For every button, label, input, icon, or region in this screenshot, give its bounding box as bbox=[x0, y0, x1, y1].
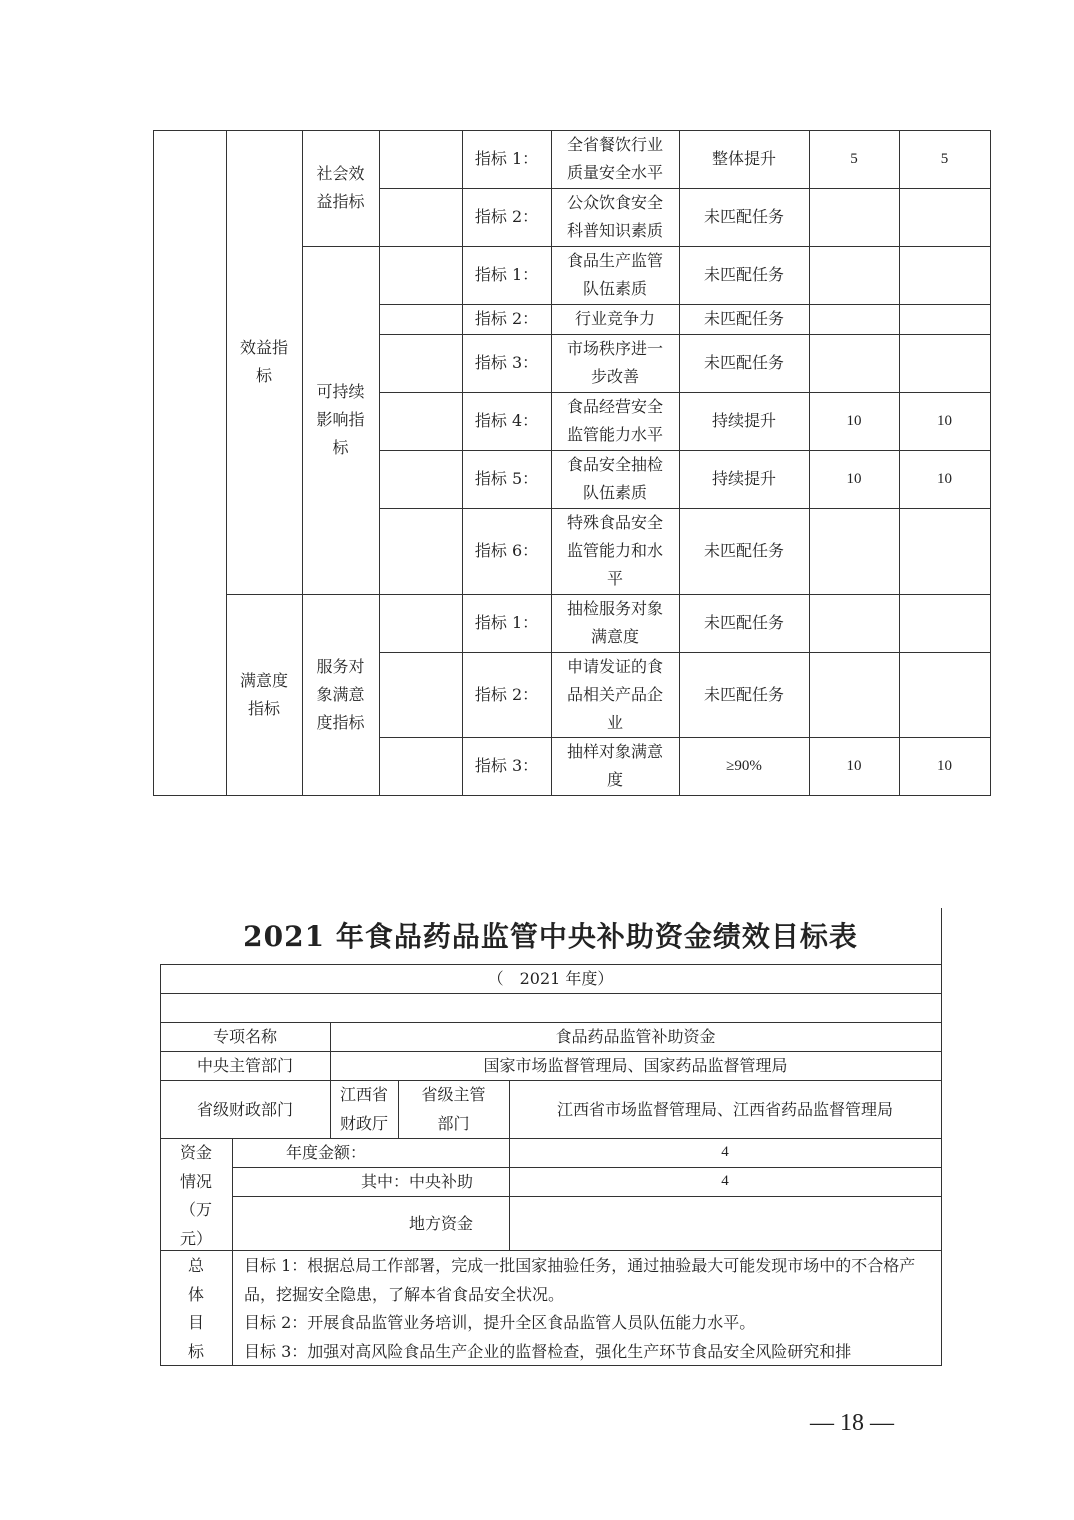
text-line: 食品经营安全 bbox=[567, 393, 663, 421]
indicator-number: 指标 2： bbox=[462, 304, 551, 334]
indicator-number: 指标 1： bbox=[462, 246, 551, 304]
text-line: （万 bbox=[160, 1196, 232, 1225]
text-line: 抽样对象满意 bbox=[567, 738, 663, 766]
indicator-number: 指标 5： bbox=[462, 450, 551, 508]
text-line: 指标 2： bbox=[475, 305, 538, 333]
text-line: 科普知识素质 bbox=[567, 217, 663, 245]
indicator-weight bbox=[809, 246, 899, 304]
text-line: 指标 5： bbox=[475, 465, 538, 493]
indicator-name: 食品安全抽检队伍素质 bbox=[551, 450, 679, 508]
level1-category: 效益指标 bbox=[226, 130, 302, 594]
project-name-value: 食品药品监管补助资金 bbox=[330, 1022, 941, 1051]
text-line: 行业竞争力 bbox=[575, 305, 655, 333]
text-line: 指标 1： bbox=[475, 145, 538, 173]
indicator-score bbox=[899, 652, 990, 737]
funds-label: 资金 情况 （万 元） bbox=[160, 1139, 232, 1253]
text-line: 质量安全水平 bbox=[567, 159, 663, 187]
text-line: 标 bbox=[160, 1338, 232, 1367]
text-line: 指标 bbox=[248, 695, 280, 723]
level2-category: 社会效益指标 bbox=[302, 130, 379, 246]
column-border bbox=[379, 130, 380, 796]
level1-category: 满意度指标 bbox=[226, 594, 302, 795]
indicator-score: 10 bbox=[899, 392, 990, 450]
text-line: 度指标 bbox=[316, 709, 364, 737]
indicator-weight: 5 bbox=[809, 130, 899, 188]
provincial-finance-value: 江西省 财政厅 bbox=[330, 1080, 398, 1138]
text-line: 市场秩序进一 bbox=[567, 335, 663, 363]
overall-goals: 目标 1：根据总局工作部署，完成一批国家抽验任务，通过抽验最大可能发现市场中的不… bbox=[244, 1252, 934, 1366]
text-line: 影响指 bbox=[316, 406, 364, 434]
text-line: 满意度 bbox=[240, 667, 288, 695]
text-line: 未匹配任务 bbox=[704, 305, 784, 333]
text-line: 目 bbox=[160, 1309, 232, 1338]
text-line: 未匹配任务 bbox=[704, 609, 784, 637]
text-line: 品相关产品企 bbox=[567, 681, 663, 709]
indicator-name: 特殊食品安全监管能力和水平 bbox=[551, 508, 679, 594]
indicator-number: 指标 4： bbox=[462, 392, 551, 450]
column-border bbox=[990, 130, 991, 796]
text-line: 未匹配任务 bbox=[704, 681, 784, 709]
indicator-target: 未匹配任务 bbox=[679, 508, 809, 594]
indicator-weight bbox=[809, 188, 899, 246]
goal-item: 目标 1：根据总局工作部署，完成一批国家抽验任务，通过抽验最大可能发现市场中的不… bbox=[244, 1252, 934, 1309]
indicator-target: 整体提升 bbox=[679, 130, 809, 188]
fiscal-year-label: （ 2021 年度） bbox=[160, 964, 941, 993]
text-line: 食品生产监管 bbox=[567, 247, 663, 275]
indicator-weight bbox=[809, 304, 899, 334]
indicator-number: 指标 2： bbox=[462, 188, 551, 246]
text-line: 可持续 bbox=[316, 378, 364, 406]
text-line: 业 bbox=[607, 709, 623, 737]
text-line: 总 bbox=[160, 1252, 232, 1281]
central-dept-label: 中央主管部门 bbox=[160, 1051, 330, 1080]
text-line: 未匹配任务 bbox=[704, 349, 784, 377]
indicator-number: 指标 1： bbox=[462, 130, 551, 188]
text-line: 全省餐饮行业 bbox=[567, 131, 663, 159]
text-line: 10 bbox=[847, 465, 862, 493]
level2-category: 可持续影响指标 bbox=[302, 246, 379, 594]
text-line: 指标 3： bbox=[475, 349, 538, 377]
indicator-score bbox=[899, 246, 990, 304]
text-line: 指标 2： bbox=[475, 681, 538, 709]
text-line: 10 bbox=[937, 752, 952, 780]
indicator-score: 10 bbox=[899, 737, 990, 795]
indicator-weight bbox=[809, 594, 899, 652]
text-line: 情况 bbox=[160, 1168, 232, 1197]
indicator-score bbox=[899, 594, 990, 652]
text-line: 食品安全抽检 bbox=[567, 451, 663, 479]
indicator-target: 未匹配任务 bbox=[679, 594, 809, 652]
indicator-target: 未匹配任务 bbox=[679, 652, 809, 737]
text-line: 10 bbox=[847, 752, 862, 780]
provincial-finance-label: 省级财政部门 bbox=[160, 1080, 330, 1138]
indicator-name: 食品生产监管队伍素质 bbox=[551, 246, 679, 304]
document-title: 2021 年食品药品监管中央补助资金绩效目标表 bbox=[160, 915, 941, 955]
indicator-target: 未匹配任务 bbox=[679, 188, 809, 246]
text-line: 平 bbox=[607, 565, 623, 593]
text-line: 体 bbox=[160, 1281, 232, 1310]
indicator-number: 指标 6： bbox=[462, 508, 551, 594]
local-funds-value bbox=[509, 1196, 941, 1250]
text-line: 5 bbox=[850, 145, 858, 173]
central-subsidy-value: 4 bbox=[509, 1167, 941, 1196]
indicator-target: 未匹配任务 bbox=[679, 246, 809, 304]
text-line: 监管能力水平 bbox=[567, 421, 663, 449]
text-line: 元） bbox=[160, 1225, 232, 1254]
text-line: 指标 6： bbox=[475, 537, 538, 565]
text-line: ≥90% bbox=[726, 752, 762, 780]
text-line: 抽检服务对象 bbox=[567, 595, 663, 623]
text-line: 整体提升 bbox=[712, 145, 776, 173]
goal-item: 目标 3：加强对高风险食品生产企业的监督检查，强化生产环节食品安全风险研究和排 bbox=[244, 1338, 934, 1367]
indicator-target: 未匹配任务 bbox=[679, 304, 809, 334]
indicator-score: 5 bbox=[899, 130, 990, 188]
text-line: 未匹配任务 bbox=[704, 203, 784, 231]
indicator-name: 抽样对象满意度 bbox=[551, 737, 679, 795]
indicator-number: 指标 1： bbox=[462, 594, 551, 652]
text-line: 服务对 bbox=[316, 653, 364, 681]
indicator-name: 市场秩序进一步改善 bbox=[551, 334, 679, 392]
indicator-target: 持续提升 bbox=[679, 392, 809, 450]
text-line: 标 bbox=[332, 434, 348, 462]
annual-amount-value: 4 bbox=[509, 1138, 941, 1167]
text-line: 社会效 bbox=[316, 160, 364, 188]
indicator-number: 指标 3： bbox=[462, 334, 551, 392]
text-line: 效益指 bbox=[240, 334, 288, 362]
indicator-name: 申请发证的食品相关产品企业 bbox=[551, 652, 679, 737]
text-line: 部门 bbox=[437, 1109, 469, 1138]
divider bbox=[160, 993, 942, 994]
text-line: 指标 1： bbox=[475, 609, 538, 637]
text-line: 申请发证的食 bbox=[567, 653, 663, 681]
indicator-score bbox=[899, 334, 990, 392]
text-line: 10 bbox=[937, 465, 952, 493]
indicator-number: 指标 2： bbox=[462, 652, 551, 737]
text-line: 江西省 bbox=[340, 1080, 388, 1109]
text-line: 财政厅 bbox=[340, 1109, 388, 1138]
annual-amount-label: 年度金额： bbox=[282, 1138, 509, 1167]
text-line: 指标 2： bbox=[475, 203, 538, 231]
table-border-right bbox=[941, 908, 942, 1365]
indicator-weight bbox=[809, 652, 899, 737]
text-line: 监管能力和水 bbox=[567, 537, 663, 565]
indicator-score bbox=[899, 508, 990, 594]
indicator-name: 公众饮食安全科普知识素质 bbox=[551, 188, 679, 246]
indicator-target: ≥90% bbox=[679, 737, 809, 795]
text-line: 队伍素质 bbox=[583, 275, 647, 303]
project-name-label: 专项名称 bbox=[160, 1022, 330, 1051]
column-border bbox=[153, 130, 154, 796]
text-line: 公众饮食安全 bbox=[567, 189, 663, 217]
text-line: 5 bbox=[941, 145, 949, 173]
text-line: 标 bbox=[256, 362, 272, 390]
text-line: 指标 3： bbox=[475, 752, 538, 780]
text-line: 未匹配任务 bbox=[704, 261, 784, 289]
text-line: 指标 1： bbox=[475, 261, 538, 289]
local-funds-label: 地方资金 bbox=[232, 1196, 509, 1250]
text-line: 象满意 bbox=[316, 681, 364, 709]
text-line: 满意度 bbox=[591, 623, 639, 651]
indicator-name: 抽检服务对象满意度 bbox=[551, 594, 679, 652]
text-line: 资金 bbox=[160, 1139, 232, 1168]
indicator-target: 持续提升 bbox=[679, 450, 809, 508]
provincial-dept-value: 江西省市场监督管理局、江西省药品监督管理局 bbox=[509, 1080, 941, 1138]
indicator-score bbox=[899, 304, 990, 334]
indicator-target: 未匹配任务 bbox=[679, 334, 809, 392]
page-number: — 18 — bbox=[810, 1410, 894, 1437]
central-subsidy-label: 其中：中央补助 bbox=[232, 1167, 509, 1196]
indicator-weight bbox=[809, 508, 899, 594]
text-line: 10 bbox=[937, 407, 952, 435]
central-dept-value: 国家市场监督管理局、国家药品监督管理局 bbox=[330, 1051, 941, 1080]
text-line: 特殊食品安全 bbox=[567, 509, 663, 537]
indicator-number: 指标 3： bbox=[462, 737, 551, 795]
indicator-name: 食品经营安全监管能力水平 bbox=[551, 392, 679, 450]
indicator-weight: 10 bbox=[809, 450, 899, 508]
text-line: 度 bbox=[607, 766, 623, 794]
text-line: 10 bbox=[847, 407, 862, 435]
level2-category: 服务对象满意度指标 bbox=[302, 594, 379, 795]
text-line: 队伍素质 bbox=[583, 479, 647, 507]
overall-goal-label: 总 体 目 标 bbox=[160, 1252, 232, 1366]
divider bbox=[160, 1250, 942, 1251]
text-line: 省级主管 bbox=[421, 1080, 485, 1109]
indicator-name: 全省餐饮行业质量安全水平 bbox=[551, 130, 679, 188]
text-line: 持续提升 bbox=[712, 465, 776, 493]
indicator-score bbox=[899, 188, 990, 246]
text-line: 步改善 bbox=[591, 363, 639, 391]
text-line: 益指标 bbox=[316, 188, 364, 216]
text-line: 未匹配任务 bbox=[704, 537, 784, 565]
indicator-name: 行业竞争力 bbox=[551, 304, 679, 334]
provincial-dept-label: 省级主管 部门 bbox=[398, 1080, 509, 1138]
indicator-weight bbox=[809, 334, 899, 392]
table-border-bottom bbox=[153, 795, 991, 796]
indicator-score: 10 bbox=[899, 450, 990, 508]
indicator-weight: 10 bbox=[809, 392, 899, 450]
text-line: 持续提升 bbox=[712, 407, 776, 435]
goal-item: 目标 2：开展食品监管业务培训，提升全区食品监管人员队伍能力水平。 bbox=[244, 1309, 934, 1338]
text-line: 指标 4： bbox=[475, 407, 538, 435]
indicator-weight: 10 bbox=[809, 737, 899, 795]
